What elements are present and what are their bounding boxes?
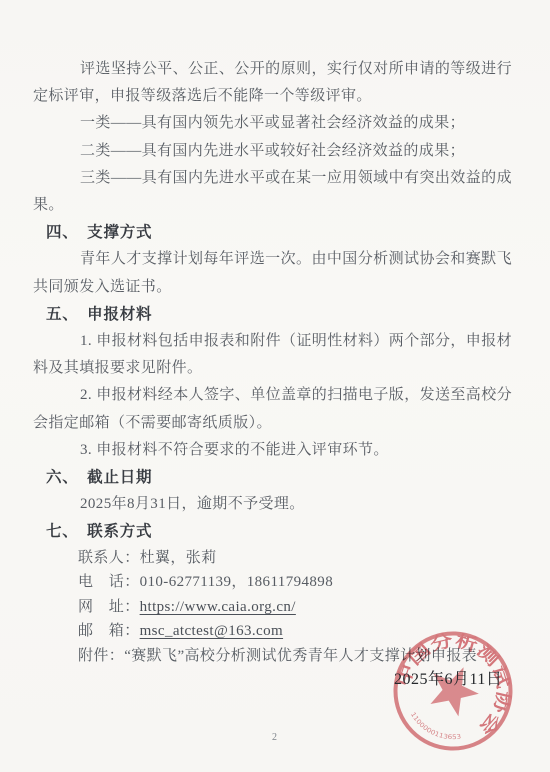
paragraph-materials-item-3: 3. 申报材料不符合要求的不能进入评审环节。	[33, 437, 512, 464]
email-link[interactable]: msc_atctest@163.com	[140, 623, 283, 639]
heading-support-method: 四、 支撑方式	[46, 219, 512, 246]
contact-phone-line: 电 话：010-62771139，18611794898	[78, 570, 512, 595]
paragraph-evaluation-principle: 评选坚持公平、公正、公开的原则，实行仅对所申请的等级进行定标评审，申报等级落选后…	[33, 56, 512, 110]
paragraph-materials-item-1: 1. 申报材料包括申报表和附件（证明性材料）两个部分，申报材料及其填报要求见附件…	[33, 328, 512, 382]
issue-date: 2025年6月11日	[394, 666, 502, 689]
paragraph-class-3: 三类——具有国内先进水平或在某一应用领域中有突出效益的成果。	[33, 165, 512, 219]
contact-website-line: 网 址：https://www.caia.org.cn/	[78, 595, 512, 620]
contact-email-label: 邮 箱：	[78, 623, 140, 639]
heading-contact-info: 七、 联系方式	[46, 518, 512, 545]
contact-person-label: 联系人：	[78, 550, 140, 566]
paragraph-support-method: 青年人才支撑计划每年评选一次。由中国分析测试协会和赛默飞共同颁发入选证书。	[33, 246, 512, 300]
contact-person-line: 联系人：杜翼，张莉	[78, 546, 512, 571]
official-seal: 中国分析测试协会 1100000113653	[388, 626, 518, 756]
contact-person-names: 杜翼，张莉	[140, 550, 217, 566]
seal-serial-number: 1100000113653	[405, 710, 465, 749]
paragraph-deadline: 2025年8月31日，逾期不予受理。	[33, 491, 512, 518]
paragraph-class-1: 一类——具有国内领先水平或显著社会经济效益的成果；	[33, 110, 512, 137]
website-link[interactable]: https://www.caia.org.cn/	[140, 599, 296, 615]
attachment-label: 附件：	[78, 648, 124, 664]
contact-website-label: 网 址：	[78, 599, 140, 615]
heading-deadline: 六、 截止日期	[46, 464, 512, 491]
document-body: 评选坚持公平、公正、公开的原则，实行仅对所申请的等级进行定标评审，申报等级落选后…	[33, 56, 512, 669]
scanned-document-page: 评选坚持公平、公正、公开的原则，实行仅对所申请的等级进行定标评审，申报等级落选后…	[0, 0, 550, 772]
paragraph-materials-item-2: 2. 申报材料经本人签字、单位盖章的扫描电子版，发送至高校分会指定邮箱（不需要邮…	[33, 382, 512, 436]
heading-application-materials: 五、 申报材料	[46, 301, 512, 328]
contact-phone-label: 电 话：	[78, 574, 140, 590]
contact-phone-numbers: 010-62771139，18611794898	[140, 574, 333, 590]
paragraph-class-2: 二类——具有国内先进水平或较好社会经济效益的成果；	[33, 138, 512, 165]
